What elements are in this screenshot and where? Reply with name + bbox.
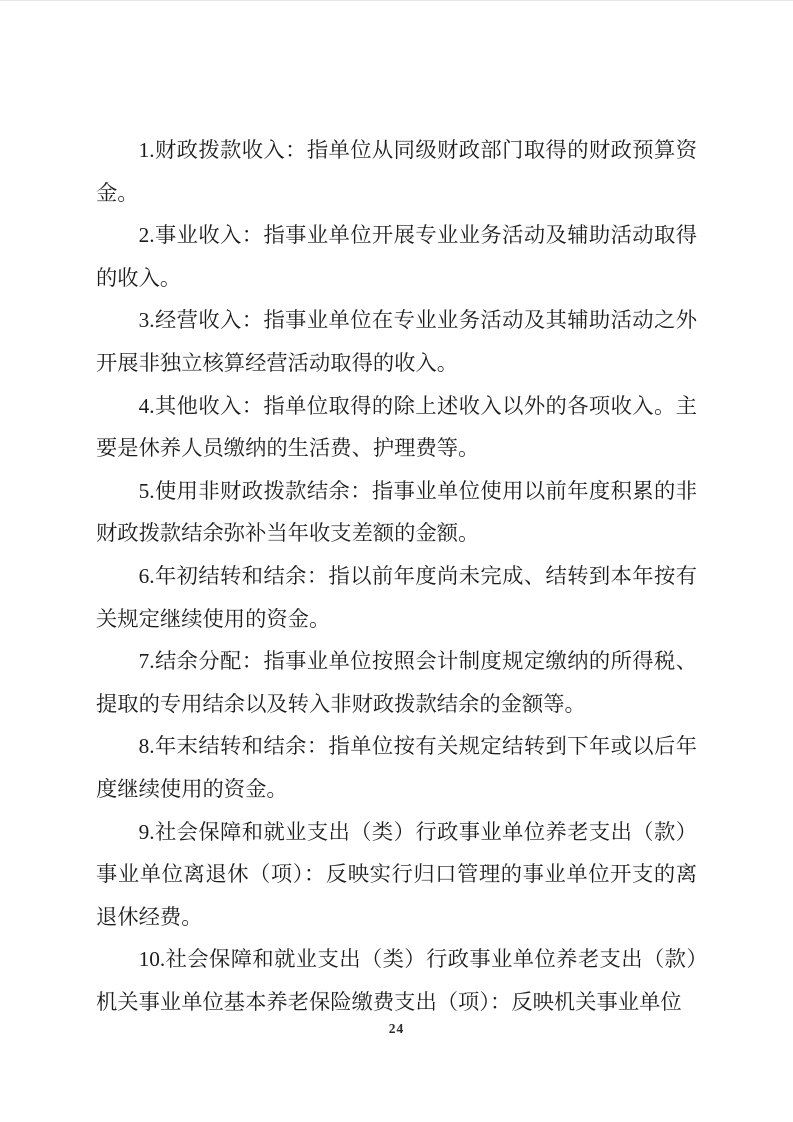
glossary-paragraph-3: 3.经营收入：指事业单位在专业业务活动及其辅助活动之外开展非独立核算经营活动取得… xyxy=(96,299,697,384)
glossary-paragraph-1: 1.财政拨款收入：指单位从同级财政部门取得的财政预算资金。 xyxy=(96,129,697,214)
glossary-paragraph-6: 6.年初结转和结余：指以前年度尚未完成、结转到本年按有关规定继续使用的资金。 xyxy=(96,555,697,640)
glossary-paragraph-8: 8.年末结转和结余：指单位按有关规定结转到下年或以后年度继续使用的资金。 xyxy=(96,725,697,810)
page-number: 24 xyxy=(0,1021,793,1037)
page-body-text: 1.财政拨款收入：指单位从同级财政部门取得的财政预算资金。 2.事业收入：指事业… xyxy=(96,129,697,1023)
glossary-paragraph-4: 4.其他收入：指单位取得的除上述收入以外的各项收入。主要是休养人员缴纳的生活费、… xyxy=(96,385,697,470)
glossary-paragraph-7: 7.结余分配：指事业单位按照会计制度规定缴纳的所得税、提取的专用结余以及转入非财… xyxy=(96,640,697,725)
glossary-paragraph-10: 10.社会保障和就业支出（类）行政事业单位养老支出（款）机关事业单位基本养老保险… xyxy=(96,938,697,1023)
glossary-paragraph-5: 5.使用非财政拨款结余：指事业单位使用以前年度积累的非财政拨款结余弥补当年收支差… xyxy=(96,470,697,555)
glossary-paragraph-2: 2.事业收入：指事业单位开展专业业务活动及辅助活动取得的收入。 xyxy=(96,214,697,299)
document-page: 1.财政拨款收入：指单位从同级财政部门取得的财政预算资金。 2.事业收入：指事业… xyxy=(0,0,793,1122)
glossary-paragraph-9: 9.社会保障和就业支出（类）行政事业单位养老支出（款）事业单位离退休（项）：反映… xyxy=(96,811,697,939)
